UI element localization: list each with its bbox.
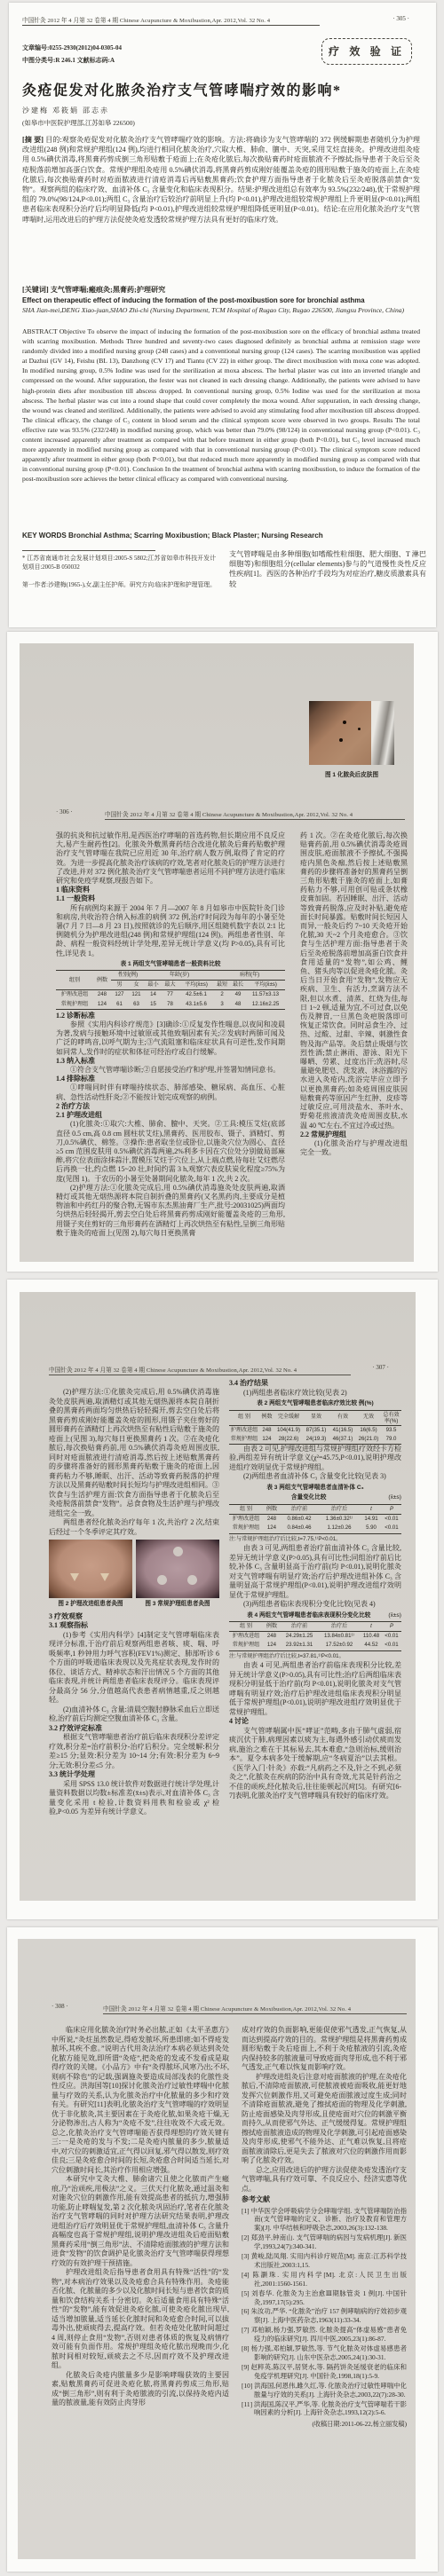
th-short: 最短 <box>214 981 230 990</box>
moxa-spot-3 <box>339 738 343 742</box>
abstract-en: ABSTRACT Objective To observe the impact… <box>22 327 420 484</box>
reference-item: [3] 黄峻,陆凤翔. 实用内科诊疗规范[M]. 南京:江苏科学技术出版社,20… <box>242 2252 407 2270</box>
page2-header-rule <box>105 819 405 820</box>
figure2-photo <box>49 1540 132 1598</box>
th-female: 女 <box>128 981 145 990</box>
table3-note: 注:与常规护理组治疗后比较,t=7.75,¹⁾P<0.01。 <box>229 1535 401 1545</box>
table-row: 护理改进组248127121147742.5±6.124911.57±3.13 <box>56 990 285 1000</box>
table2-title: 表 2 两组支气管哮喘患者临床疗效比较 例(%) <box>229 1399 401 1409</box>
round-plaster-2 <box>157 1575 167 1585</box>
th-group: 组别 <box>56 971 93 990</box>
table3-title-line2: 含量变化比较 (x̄±s) <box>229 1493 401 1503</box>
section-heading: 1.1 一般资料 <box>56 894 285 903</box>
reference-item: [11] 洪海国,陈汉平,严华,等. 化脓灸治疗支气管哮喘若干影响因素的分析[J… <box>242 2400 407 2418</box>
reference-item: [1] 中华医学会呼吸病学分会哮喘学组. 支气管哮喘防治指南(支气管哮喘的定义、… <box>242 2207 407 2233</box>
section-heading: 3.4 治疗结果 <box>229 1379 401 1389</box>
th-n: 例数 <box>93 971 111 990</box>
section-heading: 1 临床资料 <box>56 886 285 894</box>
intro-paragraph: 支气管哮喘是由多种细胞(如嗜酸性粒细胞、肥大细胞、T 淋巴细胞等)和细胞组分(c… <box>229 549 426 589</box>
reference-item: [5] 刘春华. 化脓灸为主治愈Ⅲ期脉管炎 1 例[J]. 中国针灸,1997,… <box>242 2289 407 2307</box>
th-age: 年龄(岁) <box>145 971 214 981</box>
abstract-cn-text: 目的:观察灸疮促发对化脓灸治疗支气管哮喘疗效的影响。方法:将确诊为支气管哮喘的 … <box>22 136 420 224</box>
page1-page-number: · 305 · <box>392 15 409 22</box>
table1: 组别 例数 性别(例) 年龄(岁) 病程(年) 男 女 最小 最大 平均(x̄±… <box>56 970 285 1010</box>
round-plaster-3 <box>187 1575 197 1585</box>
table-row: 护理改进组248104(41.9)87(35.1)41(16.5)16(6.5)… <box>229 1425 401 1435</box>
table-row: 常规护理组1240.84±0.461.12±0.265.90<0.01 <box>229 1524 401 1533</box>
page3-right-column: 3.4 治疗结果 (1)两组患者临床疗效比较(见表 2) 表 2 两组支气管哮喘… <box>229 1379 401 1895</box>
reference-item: [2] 郑劲平,钟南山. 支气管哮喘的病因与发病机理[J]. 新医学,1993,… <box>242 2233 407 2251</box>
table-row: 常规护理组12428(22.6)24(19.3)46(37.1)26(21.0)… <box>229 1435 401 1445</box>
paragraph: 采用 SPSS 13.0 统计软件对数据进行统计学处理,计量资料数据以均数±标准… <box>49 1780 219 1817</box>
paragraph: (1)参考《实用内科学》[4]制定支气管哮喘临床表现评分标准,于治疗前后观察两组… <box>49 1631 219 1706</box>
page4-right-column: 成对疗效的负面影响,更能促使邪气透发,正气恢复,从而达到提高疗效的目的。常规护理… <box>242 2026 407 2549</box>
paragraph: 由表 3 可见,两组患者治疗前血清补体 C₃ 含量比较,差异无统计学意义(P>0… <box>229 1544 401 1600</box>
section-heading: 1.3 纳入标准 <box>56 1057 285 1066</box>
footnote-first-author: 第一作者:沙建梅(1965-),女,副主任护师。研究方向:临床护理和护理管理。 <box>22 581 216 590</box>
table4: 组 别例数治疗前治疗后tP 护理改进组24824.29±1.2513.84±0.… <box>229 1621 401 1651</box>
page2-scan-area: 图 1 化脓灸后皮肤图 · 306 · 中国针灸 2012 年 4 月第 32 … <box>20 643 414 1262</box>
article-id: 文章编号:0255-2930(2012)04-0305-04 <box>22 43 122 52</box>
section-heading: 3.1 观察指标 <box>49 1621 219 1631</box>
paragraph: (2)护理方法:①化脓灸完成后,用 0.5%碘伏消毒施灸处皮肤两遍,取酒精灯或其… <box>56 1184 285 1238</box>
reference-item: [9] 赵粹英,陈汉平,居贤水,等. 隔药饼灸延缓衰老的临床和免疫学机理研究[J… <box>242 2363 407 2381</box>
table1-title: 表 1 两组支气管哮喘患者一般资料比较 <box>56 960 285 969</box>
scanned-journal-article: { "journal_line": "中国针灸 2012 年 4 月第 32 卷… <box>0 0 444 2576</box>
section-heading: 1.2 诊断标准 <box>56 1012 285 1020</box>
page4-left-column: 临床应用化脓灸治疗时务必出脓,正如《太平圣惠方》中所说,“灸炷虽然数足,得疮发脓… <box>52 2026 229 2549</box>
page4-header-rule <box>103 2013 407 2014</box>
paragraph: 参照《实用内科诊疗规范》[3]确诊:①反复发作性喘息,以夜间和凌晨为著,发病与接… <box>56 1020 285 1057</box>
th-male: 男 <box>111 981 128 990</box>
table-row: 护理改进组2480.86±0.421.36±0.32¹⁾14.91<0.01 <box>229 1515 401 1524</box>
page4-scan-area: · 308 · 中国针灸 2012 年 4 月第 32 卷第 4 期 Chine… <box>18 1939 416 2559</box>
paragraph: 临床应用化脓灸治疗时务必出脓,正如《太平圣惠方》中所说,“灸炷虽然数足,得疮发脓… <box>52 2026 229 2175</box>
received-date-line: (收稿日期:2011-06-22,杨立丽发稿) <box>242 2420 407 2430</box>
paragraph: (1)化脓灸治疗与护理改进组完全一致。 <box>300 1139 408 1157</box>
table3-unit: (x̄±s) <box>388 1493 401 1503</box>
paragraph: (2)两组患者血清补体 C₃ 含量变化比较(见表 3) <box>229 1472 401 1482</box>
abstract-cn-label: [摘 要] <box>22 136 44 144</box>
table-row: 常规护理组12423.92±1.3117.52±0.9244.52<0.01 <box>229 1641 401 1650</box>
page3-left-column: (2)护理方法:①化脓灸完成后,用 0.5%碘伏消毒施灸处皮肤两遍,取酒精灯或其… <box>49 1388 219 1895</box>
th-max: 最大 <box>162 981 178 990</box>
reference-item: [7] 邓柏颖,杨力强,罗敏然. 化脓灸提高“体虚易感”患者免疫力的临床研究[J… <box>242 2326 407 2344</box>
page4-page-number: · 308 · <box>52 2003 68 2010</box>
paragraph: 药 1 次。②在灸疮化脓后,每次换贴膏药前,用 0.5%碘伏消毒灸疮周围皮肤,疮… <box>300 831 408 1130</box>
section-heading: 2 治疗方法 <box>56 1102 285 1111</box>
title-en: Effect on therapeutic effect of inducing… <box>22 296 420 304</box>
page3-scan-area: 中国针灸 2012 年 4 月第 32 卷第 4 期 Chinese Acupu… <box>20 1292 416 1901</box>
figure2-caption: 图 2 护理改进组患者灸图 <box>49 1600 132 1610</box>
paragraph: 本研究中艾灸大椎、肺俞诸穴且使之化脓而产生瘢痕,乃“治顽疾,用极法”之义。三伏天… <box>52 2175 229 2268</box>
page2-left-column: 强的抗炎和抗过敏作用,是西医治疗哮喘的首选药物,但长期应用不良反应大,易产生耐药… <box>56 831 285 1262</box>
paragraph: ①符合支气管哮喘诊断;②自愿接受治疗和护理,并签署知情同意书。 <box>56 1066 285 1075</box>
page3-header-rule <box>49 1375 351 1375</box>
table4-title-text: 表 4 两组支气管哮喘患者临床表现积分变化比较 <box>247 1612 370 1619</box>
abstract-cn: [摘 要] 目的:观察灸疮促发对化脓灸治疗支气管哮喘疗效的影响。方法:将确诊为支… <box>22 135 420 225</box>
paragraph: (3)两组患者临床表现积分变化比较(见表 4) <box>229 1600 401 1610</box>
th-mean: 平均(x̄±s) <box>178 981 214 990</box>
authors-en: SHA Jian-mei,DENG Xiao-juan,SHAO Zhi-chi… <box>22 306 420 314</box>
page1-header-rule <box>22 25 320 26</box>
table3-subtitle: 含量变化比较 <box>291 1494 327 1501</box>
reference-item: [8] 杨力强,邓柏颖,罗敏然,等. 节气化脓灸对体虚易感患者影响的研究[J].… <box>242 2344 407 2362</box>
paragraph: 根据支气管哮喘患者治疗前后临床表现积分差评定疗效,积分差=治疗前积分-治疗后积分… <box>49 1733 219 1770</box>
paragraph: 支气管哮喘属中医“哮证”范畴,多由于肺气虚弱,宿痰沉伏于肺,病理因素以痰为主,每… <box>229 1727 401 1801</box>
article-affiliation: (如皋市中医院护理部,江苏如皋 226500) <box>22 118 135 128</box>
paragraph: 两组患者经化脓灸治疗每年 1 次,共治疗 2 次,结束后经过一个冬季评定其疗效。 <box>49 1518 219 1537</box>
paragraph: 由表 4 可见,两组患者治疗前临床表现积分比较,差异无统计学意义(P>0.05)… <box>229 1661 401 1717</box>
page2-journal-header: 中国针灸 2012 年 4 月第 32 卷第 4 期 Chinese Acupu… <box>105 809 353 818</box>
page2-right-column: 药 1 次。②在灸疮化脓后,每次换贴膏药前,用 0.5%碘伏消毒灸疮周围皮肤,疮… <box>300 831 408 1262</box>
paragraph: 所有病例均来源于 2004 年 7 月—2007 年 8 月如皋市中医院针灸门诊… <box>56 904 285 958</box>
section-heading: 3.2 疗效评定标准 <box>49 1724 219 1734</box>
footnote-funding: * 江苏省南通市社会发展计划项目:2005-S 5802;江苏省如皋市科技开发计… <box>22 555 216 571</box>
reference-item: [10] 洪海国,何恩伟,雎久红,等. 化脓灸治疗过敏性哮喘中化脓量与疗效的关系… <box>242 2382 407 2399</box>
efficacy-verification-badge: 疗 效 验 证 <box>321 38 412 65</box>
page4-journal-header: 中国针灸 2012 年 4 月第 32 卷第 4 期 Chinese Acupu… <box>103 2004 351 2013</box>
keywords-cn: [关键词] 支气管哮喘;瘢痕灸;黑膏药;护理研究 <box>22 285 420 295</box>
table3: 组 别例数治疗前治疗后tP 护理改进组2480.86±0.421.36±0.32… <box>229 1504 401 1534</box>
table4-note: 注:与常规护理组治疗后比较,t=37.81,¹⁾P<0.01。 <box>229 1652 401 1662</box>
section-heading: 2.1 护理改进组 <box>56 1111 285 1120</box>
paragraph: 护理改进组灸后指导患者食用具有特殊“活性”的“发物”,对本病治疗效果以及灸疮愈合… <box>52 2268 229 2371</box>
table-row: 常规护理组1246163157843.1±5.634812.16±2.25 <box>56 1000 285 1010</box>
paragraph: (2)护理方法:①化脓灸完成后,用 0.5%碘伏消毒施灸处皮肤两遍,取酒精灯或其… <box>49 1388 219 1518</box>
section-heading: 4 讨论 <box>229 1717 401 1727</box>
article-title: 灸疮促发对化脓灸治疗支气管哮喘疗效的影响* <box>22 79 342 99</box>
figure1-caption: 图 1 化脓灸后皮肤图 <box>300 769 403 778</box>
table2: 组 别例数完全缓解显效有效无效总有效率(%) 护理改进组248104(41.9)… <box>229 1410 401 1445</box>
page-1: 中国针灸 2012 年 4 月第 32 卷第 4 期 Chinese Acupu… <box>9 3 436 627</box>
figure-captions-row: 图 2 护理改进组患者灸图 图 3 常规护理组患者灸图 <box>49 1600 219 1610</box>
reference-item: [6] 朱汝功,严华. “化脓灸”治疗 157 例哮喘病的疗效初步观察[J]. … <box>242 2307 407 2325</box>
keywords-en: KEY WORDS Bronchial Asthma; Scarring Mox… <box>22 532 420 540</box>
references-list: [1] 中华医学会呼吸病学分会哮喘学组. 支气管哮喘防治指南(支气管哮喘的定义、… <box>242 2207 407 2418</box>
th-min: 最小 <box>145 981 162 990</box>
page3-journal-header: 中国针灸 2012 年 4 月第 32 卷第 4 期 Chinese Acupu… <box>49 1365 297 1374</box>
paragraph: 护理改进组灸后注意对疮面脓液的护理,在灸疮化脓后,不清除疮面脓液,可使脓液被疮面… <box>242 2073 407 2166</box>
paragraph: (1)化脓灸:①取穴:大椎、肺俞、膻中、天突。②工具:模压艾炷(底部直径 0.5… <box>56 1120 285 1183</box>
paragraph: 成对疗效的负面影响,更能促使邪气透发,正气恢复,从而达到提高疗效的目的。常规护理… <box>242 2026 407 2073</box>
section-heading: 2.2 常规护理组 <box>300 1130 408 1139</box>
article-authors: 沙建梅 邓筱娟 邵志赤 <box>22 106 109 115</box>
moxa-spot-2 <box>358 728 361 730</box>
triangle-plaster-1 <box>70 1573 79 1581</box>
table4-unit: (x̄±s) <box>388 1611 401 1621</box>
page-2: 图 1 化脓灸后皮肤图 · 306 · 中国针灸 2012 年 4 月第 32 … <box>7 632 438 1272</box>
figure1-cloth <box>371 701 394 765</box>
figure3-caption: 图 3 常规护理组患者灸图 <box>136 1600 219 1610</box>
page3-page-number: · 307 · <box>372 1364 389 1371</box>
page2-page-number: · 306 · <box>56 808 73 815</box>
paragraph: (1)两组患者临床疗效比较(见表 2) <box>229 1389 401 1398</box>
moxa-spot-1 <box>343 721 346 724</box>
footnote-rule <box>22 550 155 551</box>
references-heading: 参考文献 <box>242 2195 407 2205</box>
table3-title-line1: 表 3 两组支气管哮喘患者血清补体 C₃ <box>229 1484 401 1493</box>
triangle-plaster-2 <box>100 1573 109 1581</box>
th-sex: 性别(例) <box>111 971 145 981</box>
table4-title: 表 4 两组支气管哮喘患者临床表现积分变化比较 (x̄±s) <box>229 1611 401 1621</box>
section-heading: 3.3 统计学处理 <box>49 1770 219 1780</box>
figure3-photo <box>136 1540 219 1598</box>
paragraph: 由表 2 可见,护理改进组与常规护理组疗效经卡方检验,两组差异有统计学意义(χ²… <box>229 1445 401 1473</box>
section-heading: 3 疗效观察 <box>49 1612 219 1622</box>
figure-row <box>49 1540 219 1598</box>
th-long: 最长 <box>230 981 246 990</box>
paragraph: 总之,应用改进后的护理方法促使灸疮发透治疗支气管哮喘,具有疗效可靠、不良反应小、… <box>242 2166 407 2194</box>
paragraph: ①哮喘同时伴有哮喘持续状态、肺部感染、糖尿病、高血压、心脏病、急性活动性肝炎;②… <box>56 1083 285 1101</box>
reference-item: [4] 陈灏珠. 实用内科学[M]. 北京:人民卫生出版社,2001:1560-… <box>242 2271 407 2288</box>
th-mean2: 平均(x̄±s) <box>246 981 285 990</box>
paragraph: 强的抗炎和抗过敏作用,是西医治疗哮喘的首选药物,但长期应用不良反应大,易产生耐药… <box>56 831 285 886</box>
page-3: 中国针灸 2012 年 4 月第 32 卷第 4 期 Chinese Acupu… <box>7 1280 438 1919</box>
table-row: 护理改进组24824.29±1.2513.84±0.81¹⁾110.48<0.0… <box>229 1632 401 1642</box>
paragraph: 化脓灸后灸疮内脓量多少是影响哮喘获效的主要因素,贴敷黑膏药可促进灸疮化脓,将黑膏… <box>52 2371 229 2408</box>
paragraph: (2)血清补体 C₃ 含量:清晨空腹肘静脉采血后立即送检,治疗前后均测定空腹血清… <box>49 1706 219 1724</box>
section-heading: 1.4 排除标准 <box>56 1075 285 1083</box>
th-course: 病程(年) <box>214 971 285 981</box>
round-plaster-1 <box>173 1547 183 1556</box>
figure1-photo <box>309 701 394 765</box>
clc-code: 中图分类号:R 246.1 文献标志码:A <box>22 56 115 65</box>
page1-journal-header: 中国针灸 2012 年 4 月第 32 卷第 4 期 Chinese Acupu… <box>22 15 270 24</box>
page-4: · 308 · 中国针灸 2012 年 4 月第 32 卷第 4 期 Chine… <box>7 1927 438 2572</box>
